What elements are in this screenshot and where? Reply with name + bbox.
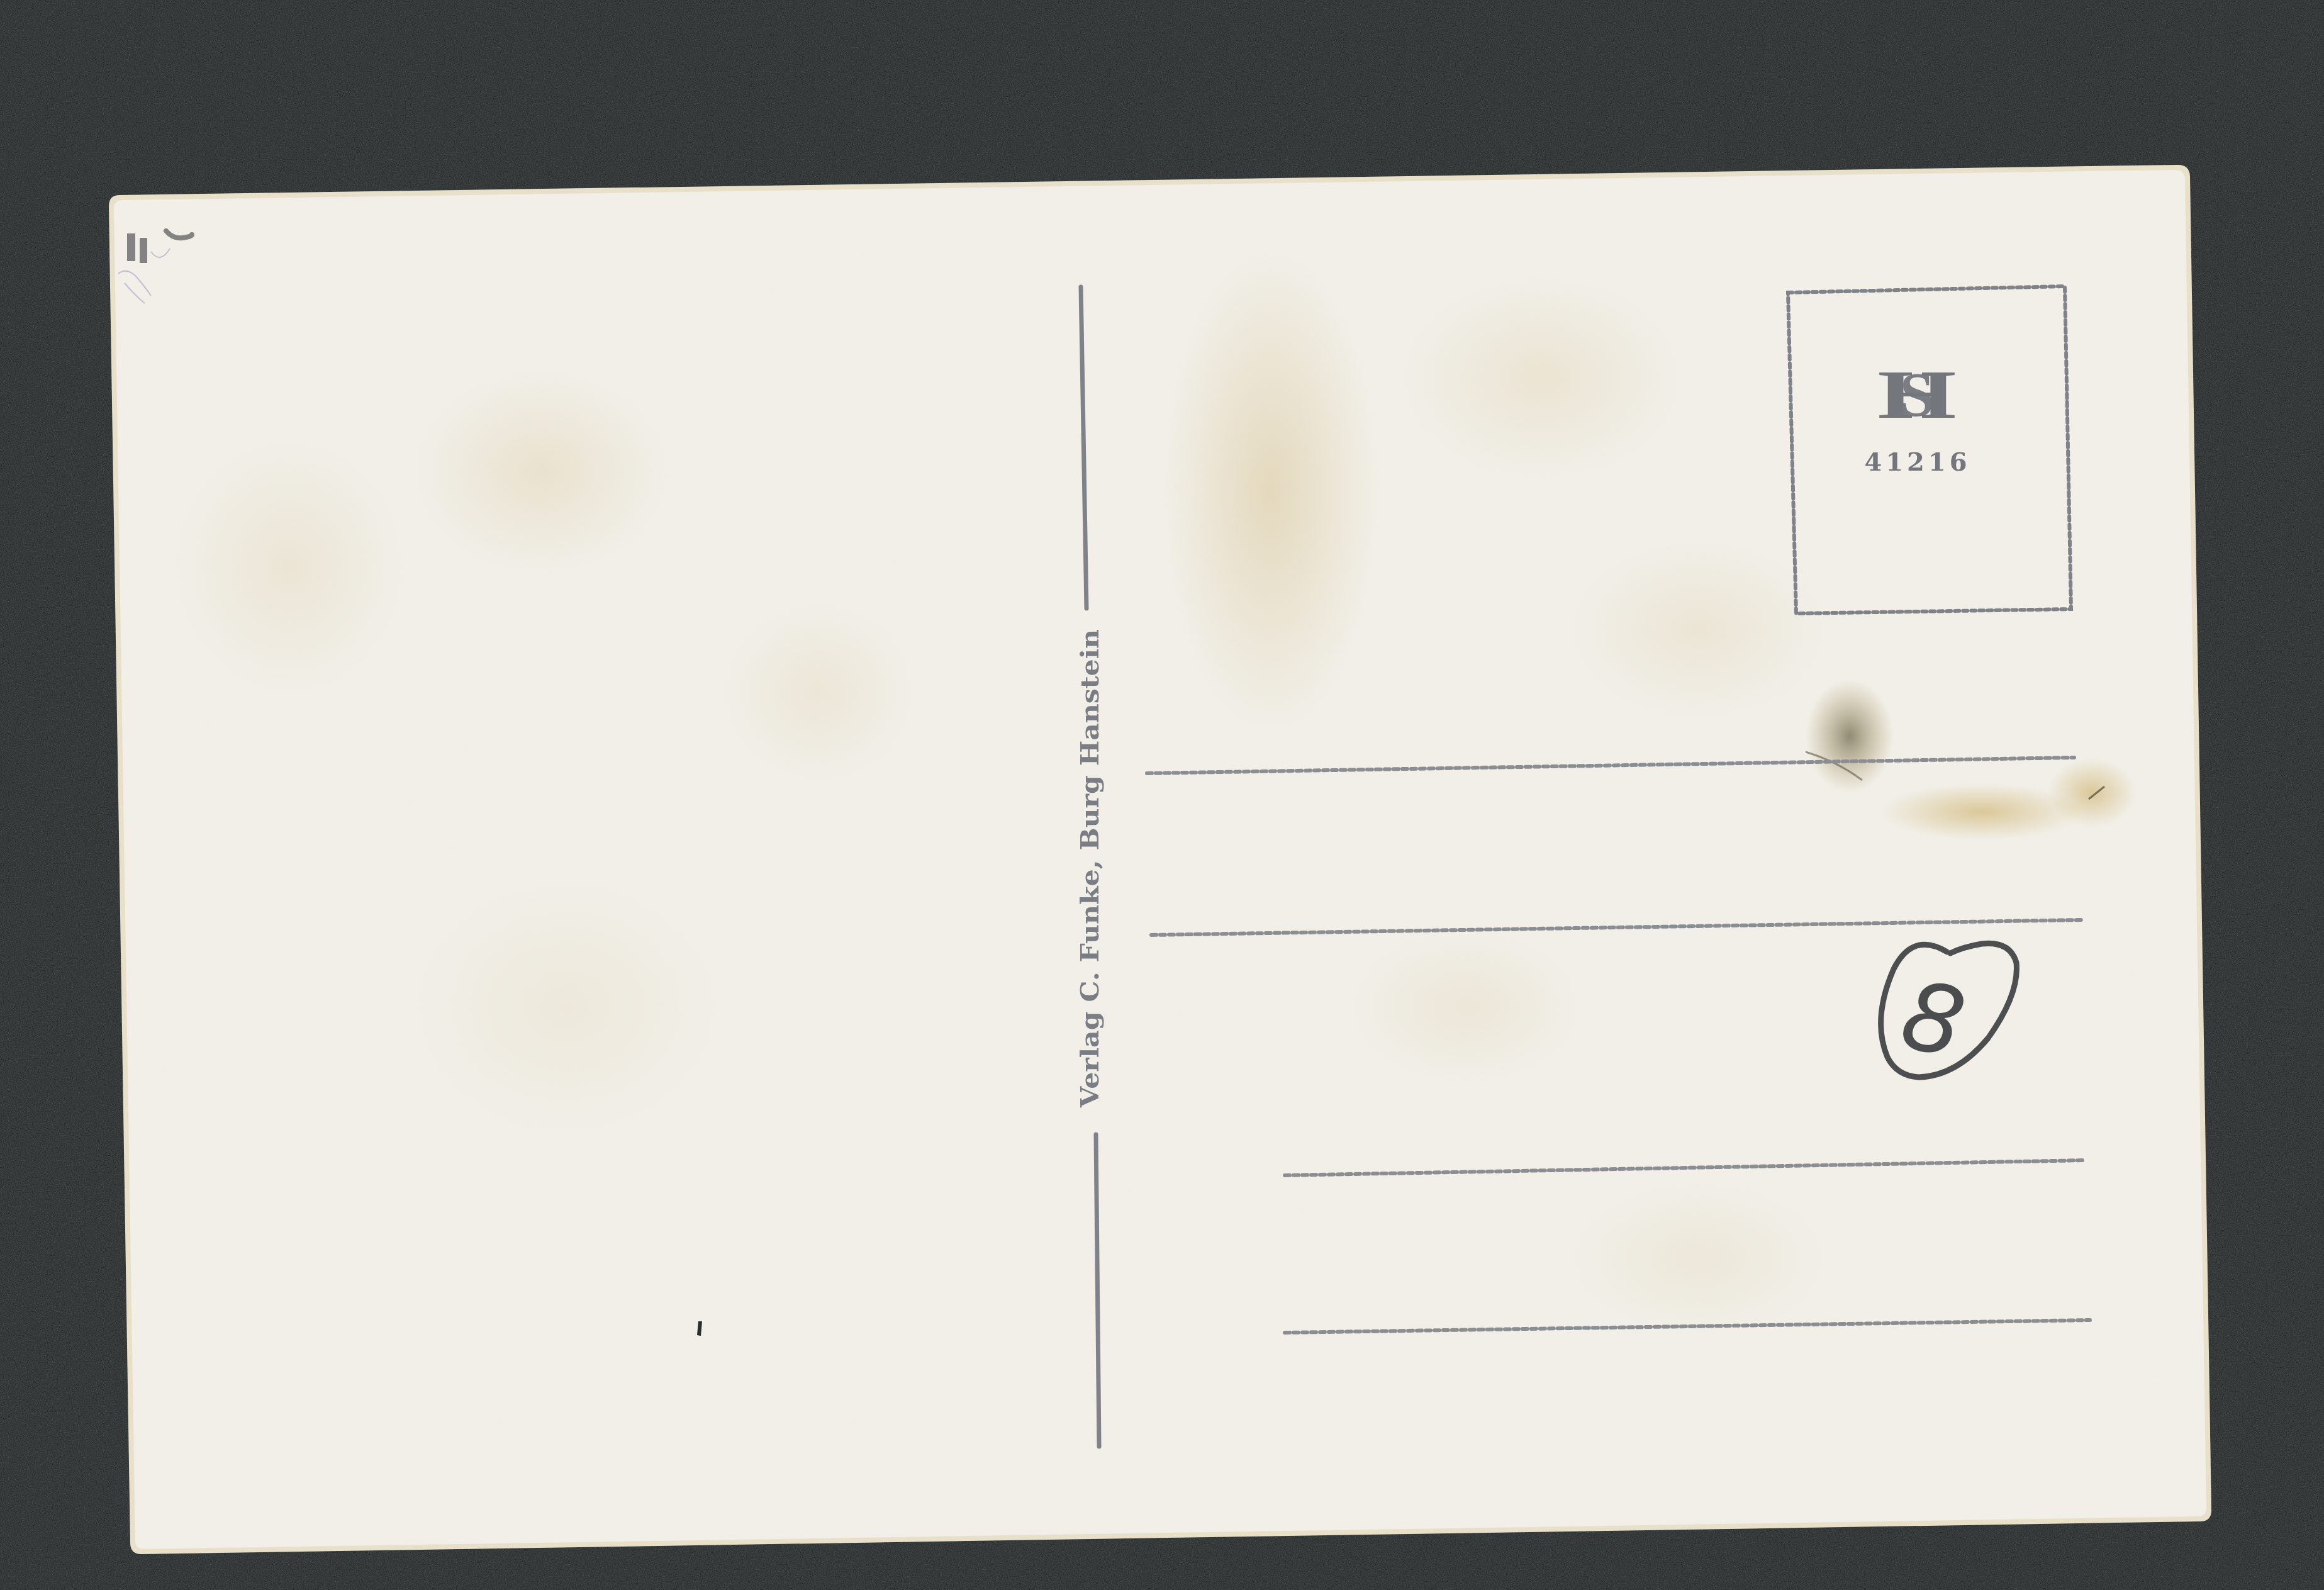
- stamp-box-number: 41216: [1864, 447, 1970, 477]
- publisher-monogram: H S: [1878, 356, 1957, 433]
- publisher-imprint: Verlag C. Funke, Burg Hanstein: [1075, 629, 1105, 1108]
- divider-line-lower: [1096, 1134, 1099, 1447]
- monogram-s: S: [1899, 359, 1935, 429]
- scan-scene: II Verlag C. Funke, Burg Hanstein H S 41…: [0, 0, 2324, 1590]
- postcard: II Verlag C. Funke, Burg Hanstein H S 41…: [0, 0, 2324, 1590]
